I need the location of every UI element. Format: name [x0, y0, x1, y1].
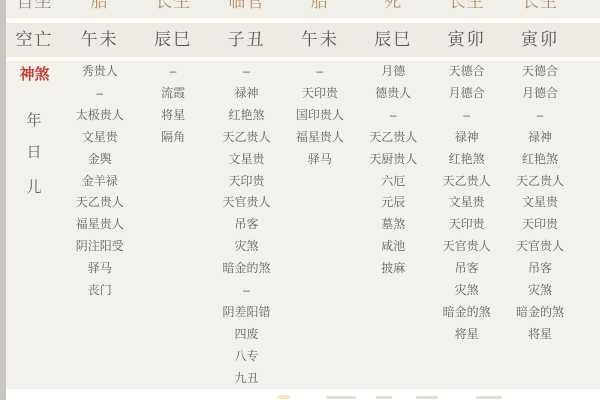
list-item: 月德合: [430, 83, 503, 105]
list-item: 丧门: [63, 280, 136, 302]
row-shensha-label: 神煞: [6, 65, 63, 85]
list-item: –: [210, 280, 283, 302]
list-item: 天乙贵人: [63, 192, 136, 214]
cutoff-fragment: [416, 396, 438, 399]
list-item: 灾煞: [503, 280, 576, 302]
list-item: 文星贵: [63, 127, 136, 149]
list-item: 太极贵人: [63, 105, 136, 127]
next-section-cutoff: [6, 389, 600, 400]
list-item: –: [210, 61, 283, 83]
list-item: 八专: [210, 346, 283, 368]
list-item: 隔角: [136, 127, 209, 149]
list-item: 吊客: [210, 214, 283, 236]
shensha-column-7: 天德合月德合–禄神红艳煞天乙贵人文星贵天印贵天官贵人吊客灾煞暗金的煞将星: [503, 61, 576, 389]
row-kongwang: 空亡 午未辰巳子丑午未辰巳寅卯寅卯: [6, 23, 600, 57]
list-item: 午未: [63, 23, 136, 57]
list-item: 子丑: [210, 23, 283, 57]
list-item: 将星: [503, 324, 576, 346]
list-item: 天乙贵人: [503, 171, 576, 193]
list-item: –: [503, 105, 576, 127]
cutoff-fragment: [476, 396, 502, 399]
list-item: 灾煞: [210, 236, 283, 258]
list-item: 阴注阳受: [63, 236, 136, 258]
list-item: 红艳煞: [503, 149, 576, 171]
list-item: 死: [357, 0, 430, 18]
list-item: 元辰: [357, 192, 430, 214]
list-item: –: [357, 105, 430, 127]
list-item: 天官贵人: [503, 236, 576, 258]
list-item: 天厨贵人: [357, 149, 430, 171]
list-item: 长生: [503, 0, 576, 18]
list-item: 文星贵: [430, 192, 503, 214]
list-item: 天乙贵人: [357, 127, 430, 149]
list-item: 天官贵人: [430, 236, 503, 258]
list-item: 德贵人: [357, 83, 430, 105]
list-item: 披麻: [357, 258, 430, 280]
list-item: 天印贵: [210, 171, 283, 193]
row-kongwang-label: 空亡: [6, 23, 63, 57]
list-item: 辰巳: [357, 23, 430, 57]
row-zizuo-label: 自坐: [6, 0, 63, 18]
list-item: 寅卯: [430, 23, 503, 57]
list-item: 暗金的煞: [210, 258, 283, 280]
shensha-column-3: –禄神红艳煞天乙贵人文星贵天印贵天官贵人吊客灾煞暗金的煞–阴差阳错四废八专九丑: [210, 61, 283, 389]
list-item: 流霞: [136, 83, 209, 105]
list-item: 国印贵人: [283, 105, 356, 127]
list-item: 将星: [136, 105, 209, 127]
list-item: 驿马: [63, 258, 136, 280]
list-item: 吊客: [430, 258, 503, 280]
list-item: 天印贵: [283, 83, 356, 105]
list-item: 禄神: [430, 127, 503, 149]
shensha-column-1: 秀贵人–太极贵人文星贵金舆金羊禄天乙贵人福星贵人阴注阳受驿马丧门: [63, 61, 136, 389]
list-item: 阴差阳错: [210, 302, 283, 324]
list-item: 禄神: [503, 127, 576, 149]
row-shensha-labelcol: 神煞 年 日 儿: [6, 61, 63, 389]
list-item: 天官贵人: [210, 192, 283, 214]
shensha-sublabel-year: 年: [6, 111, 63, 131]
list-item: 月德: [357, 61, 430, 83]
list-item: 辰巳: [136, 23, 209, 57]
list-item: 金舆: [63, 149, 136, 171]
list-item: 金羊禄: [63, 171, 136, 193]
shensha-sublabel-er: 儿: [6, 178, 63, 198]
list-item: 暗金的煞: [503, 302, 576, 324]
list-item: 福星贵人: [283, 127, 356, 149]
list-item: 月德合: [503, 83, 576, 105]
list-item: 天德合: [430, 61, 503, 83]
list-item: 午未: [283, 23, 356, 57]
list-item: 天印贵: [430, 214, 503, 236]
list-item: 九丑: [210, 368, 283, 389]
list-item: 秀贵人: [63, 61, 136, 83]
list-item: –: [283, 61, 356, 83]
shensha-column-2: –流霞将星隔角: [136, 61, 209, 389]
bazi-chart-screen: 自坐 胎长生临官胎死长生长生 空亡 午未辰巳子丑午未辰巳寅卯寅卯 神煞 年 日 …: [0, 0, 600, 400]
list-item: 文星贵: [210, 149, 283, 171]
list-item: 墓煞: [357, 214, 430, 236]
list-item: 将星: [430, 324, 503, 346]
list-item: 胎: [283, 0, 356, 18]
row-zizuo: 自坐 胎长生临官胎死长生长生: [6, 0, 600, 18]
shensha-column-5: 月德德贵人–天乙贵人天厨贵人六厄元辰墓煞咸池披麻: [357, 61, 430, 389]
list-item: 天德合: [503, 61, 576, 83]
list-item: –: [430, 105, 503, 127]
list-item: 灾煞: [430, 280, 503, 302]
list-item: 六厄: [357, 171, 430, 193]
list-item: –: [63, 83, 136, 105]
list-item: 咸池: [357, 236, 430, 258]
cutoff-fragment: [326, 396, 356, 399]
shensha-sublabel-day: 日: [6, 143, 63, 163]
list-item: 天乙贵人: [210, 127, 283, 149]
list-item: 禄神: [210, 83, 283, 105]
list-item: 吊客: [503, 258, 576, 280]
list-item: 红艳煞: [210, 105, 283, 127]
list-item: 长生: [430, 0, 503, 18]
list-item: 长生: [136, 0, 209, 18]
list-item: 寅卯: [503, 23, 576, 57]
list-item: –: [136, 61, 209, 83]
list-item: 驿马: [283, 149, 356, 171]
cutoff-fragment: [278, 395, 290, 399]
cutoff-fragment: [376, 396, 392, 399]
list-item: 临官: [210, 0, 283, 18]
row-shensha: 神煞 年 日 儿 秀贵人–太极贵人文星贵金舆金羊禄天乙贵人福星贵人阴注阳受驿马丧…: [6, 61, 600, 389]
list-item: 胎: [63, 0, 136, 18]
list-item: 福星贵人: [63, 214, 136, 236]
list-item: 文星贵: [503, 192, 576, 214]
shensha-column-6: 天德合月德合–禄神红艳煞天乙贵人文星贵天印贵天官贵人吊客灾煞暗金的煞将星: [430, 61, 503, 389]
list-item: 红艳煞: [430, 149, 503, 171]
shensha-column-4: –天印贵国印贵人福星贵人驿马: [283, 61, 356, 389]
list-item: 暗金的煞: [430, 302, 503, 324]
list-item: 四废: [210, 324, 283, 346]
list-item: 天乙贵人: [430, 171, 503, 193]
list-item: 天印贵: [503, 214, 576, 236]
